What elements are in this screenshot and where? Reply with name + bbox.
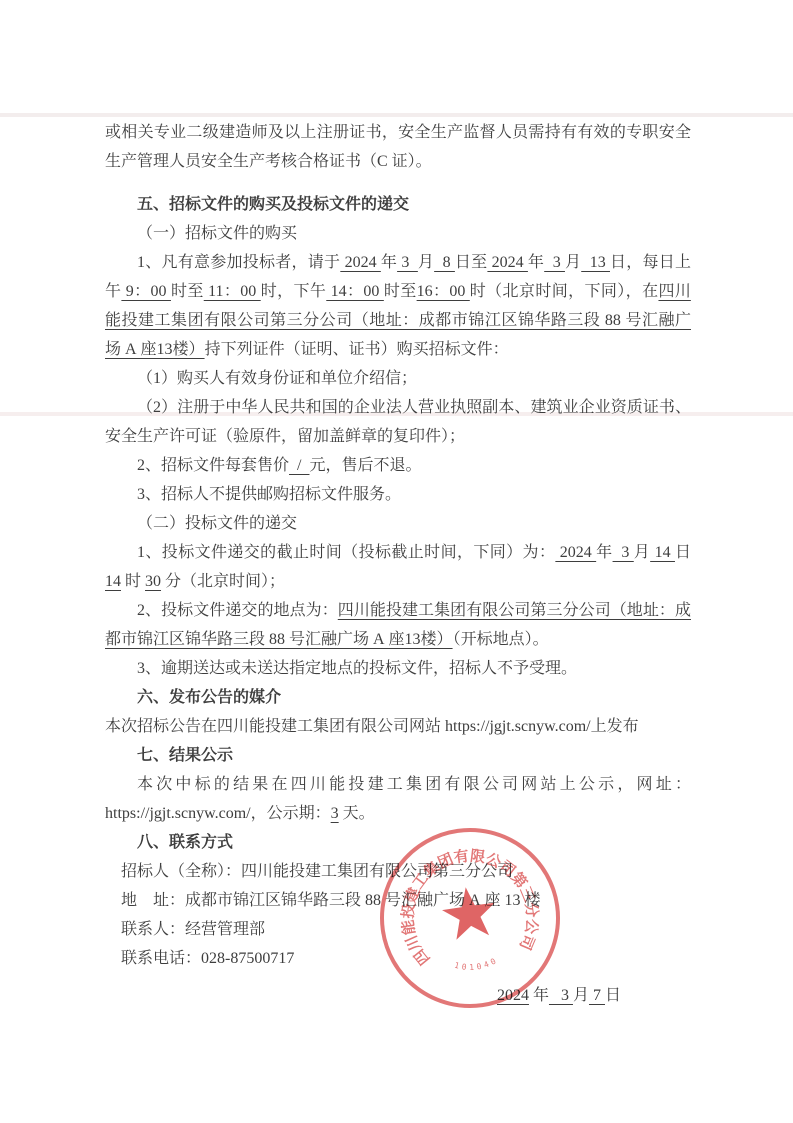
text-run: 日至: [455, 254, 488, 271]
text-run: 时（北京时间，下同），在: [470, 283, 659, 300]
text-run: （一）招标文件的购买: [137, 225, 297, 242]
seal-star: [439, 884, 499, 942]
paragraph: 本次招标公告在四川能投建工集团有限公司网站 https://jgjt.scnyw…: [105, 712, 691, 741]
text-run: 2、招标文件每套售价: [137, 457, 289, 474]
filled-blank: 14：00: [326, 283, 384, 300]
filled-blank: 14: [650, 544, 675, 561]
filled-blank: /: [289, 457, 309, 474]
text-run: 时至: [171, 283, 204, 300]
text-run: （2）注册于中华人民共和国的企业法人营业执照副本、建筑业企业资质证书、安全生产许…: [105, 399, 691, 445]
text-run: 六、发布公告的媒介: [137, 689, 281, 706]
text-run: 联系电话：028-87500717: [121, 950, 294, 967]
text-run: 1、凡有意参加投标者，请于: [137, 254, 340, 271]
section-heading: 五、招标文件的购买及投标文件的递交: [105, 190, 691, 219]
paragraph: （2）注册于中华人民共和国的企业法人营业执照副本、建筑业企业资质证书、安全生产许…: [105, 393, 691, 451]
filled-blank: 2024: [487, 254, 528, 271]
paragraph: （一）招标文件的购买: [105, 219, 691, 248]
text-run: 时至: [384, 283, 417, 300]
filled-blank: 3: [397, 254, 418, 271]
filled-blank: 2024: [555, 544, 596, 561]
paragraph: 3、逾期送达或未送达指定地点的投标文件，招标人不予受理。: [105, 654, 691, 683]
filled-blank: 13: [581, 254, 610, 271]
text-run: 天。: [339, 805, 375, 822]
text-run: 3、逾期送达或未送达指定地点的投标文件，招标人不予受理。: [137, 660, 577, 677]
scanned-document-page: { "page": { "background": "#ffffff", "te…: [0, 0, 793, 1123]
filled-blank: 11：00: [204, 283, 261, 300]
text-run: 月: [418, 254, 434, 271]
paragraph: 2、招标文件每套售价 / 元，售后不退。: [105, 451, 691, 480]
text-run: 八、联系方式: [137, 834, 233, 851]
filled-blank: 2024: [340, 254, 381, 271]
company-seal: 四川能投建工集团有限公司第三分公司 51010402: [363, 811, 578, 1026]
text-run: 七、结果公示: [137, 747, 233, 764]
text-run: 本次中标的结果在四川能投建工集团有限公司网站上公示，网址：https://jgj…: [105, 776, 691, 822]
paragraph: 本次中标的结果在四川能投建工集团有限公司网站上公示，网址：https://jgj…: [105, 770, 691, 828]
text-run: 日: [605, 987, 621, 1004]
paragraph: 或相关专业二级建造师及以上注册证书，安全生产监督人员需持有有效的专职安全生产管理…: [105, 118, 691, 176]
text-run: 1、投标文件递交的截止时间（投标截止时间，下同）为：: [137, 544, 555, 561]
text-run: （二）投标文件的递交: [137, 515, 297, 532]
text-run: 年: [528, 254, 544, 271]
section-heading: 六、发布公告的媒介: [105, 683, 691, 712]
paragraph: 1、凡有意参加投标者，请于 2024 年 3 月 8 日至 2024 年 3 月…: [105, 248, 691, 364]
filled-blank: 9：00: [121, 283, 171, 300]
filled-blank: 8: [434, 254, 455, 271]
filled-blank: 16：00: [417, 283, 470, 300]
text-run: 五、招标文件的购买及投标文件的递交: [137, 196, 409, 213]
paragraph: 1、投标文件递交的截止时间（投标截止时间，下同）为： 2024 年 3 月 14…: [105, 538, 691, 596]
scan-artifact-line: [0, 113, 793, 117]
text-run: 或相关专业二级建造师及以上注册证书，安全生产监督人员需持有有效的专职安全生产管理…: [105, 124, 691, 170]
paragraph: （1）购买人有效身份证和单位介绍信；: [105, 364, 691, 393]
text-run: 3、招标人不提供邮购招标文件服务。: [137, 486, 401, 503]
text-run: 月: [634, 544, 650, 561]
text-run: 年: [596, 544, 612, 561]
text-run: 2、投标文件递交的地点为：: [137, 602, 338, 619]
filled-blank: 14: [105, 573, 121, 590]
filled-blank: 3: [331, 805, 339, 822]
text-run: 本次招标公告在四川能投建工集团有限公司网站 https://jgjt.scnyw…: [105, 718, 639, 735]
text-run: 分（北京时间）；: [161, 573, 285, 590]
filled-blank: 30: [145, 573, 161, 590]
text-run: 元，售后不退。: [309, 457, 421, 474]
section-heading: 七、结果公示: [105, 741, 691, 770]
text-run: 持下列证件（证明、证书）购买招标文件：: [205, 341, 509, 358]
text-run: 时，下午: [261, 283, 327, 300]
text-run: 年: [381, 254, 397, 271]
paragraph: 2、投标文件递交的地点为：四川能投建工集团有限公司第三分公司（地址：成都市锦江区…: [105, 596, 691, 654]
paragraph: （二）投标文件的递交: [105, 509, 691, 538]
paragraph: 3、招标人不提供邮购招标文件服务。: [105, 480, 691, 509]
text-run: 时: [121, 573, 145, 590]
text-run: 月: [565, 254, 581, 271]
text-run: （开标地点）。: [453, 631, 549, 648]
text-run: 联系人：经营管理部: [121, 921, 265, 938]
filled-blank: 3: [613, 544, 634, 561]
text-run: 日: [675, 544, 691, 561]
filled-blank: 7: [589, 987, 605, 1004]
text-run: （1）购买人有效身份证和单位介绍信；: [137, 370, 417, 387]
filled-blank: 3: [544, 254, 565, 271]
